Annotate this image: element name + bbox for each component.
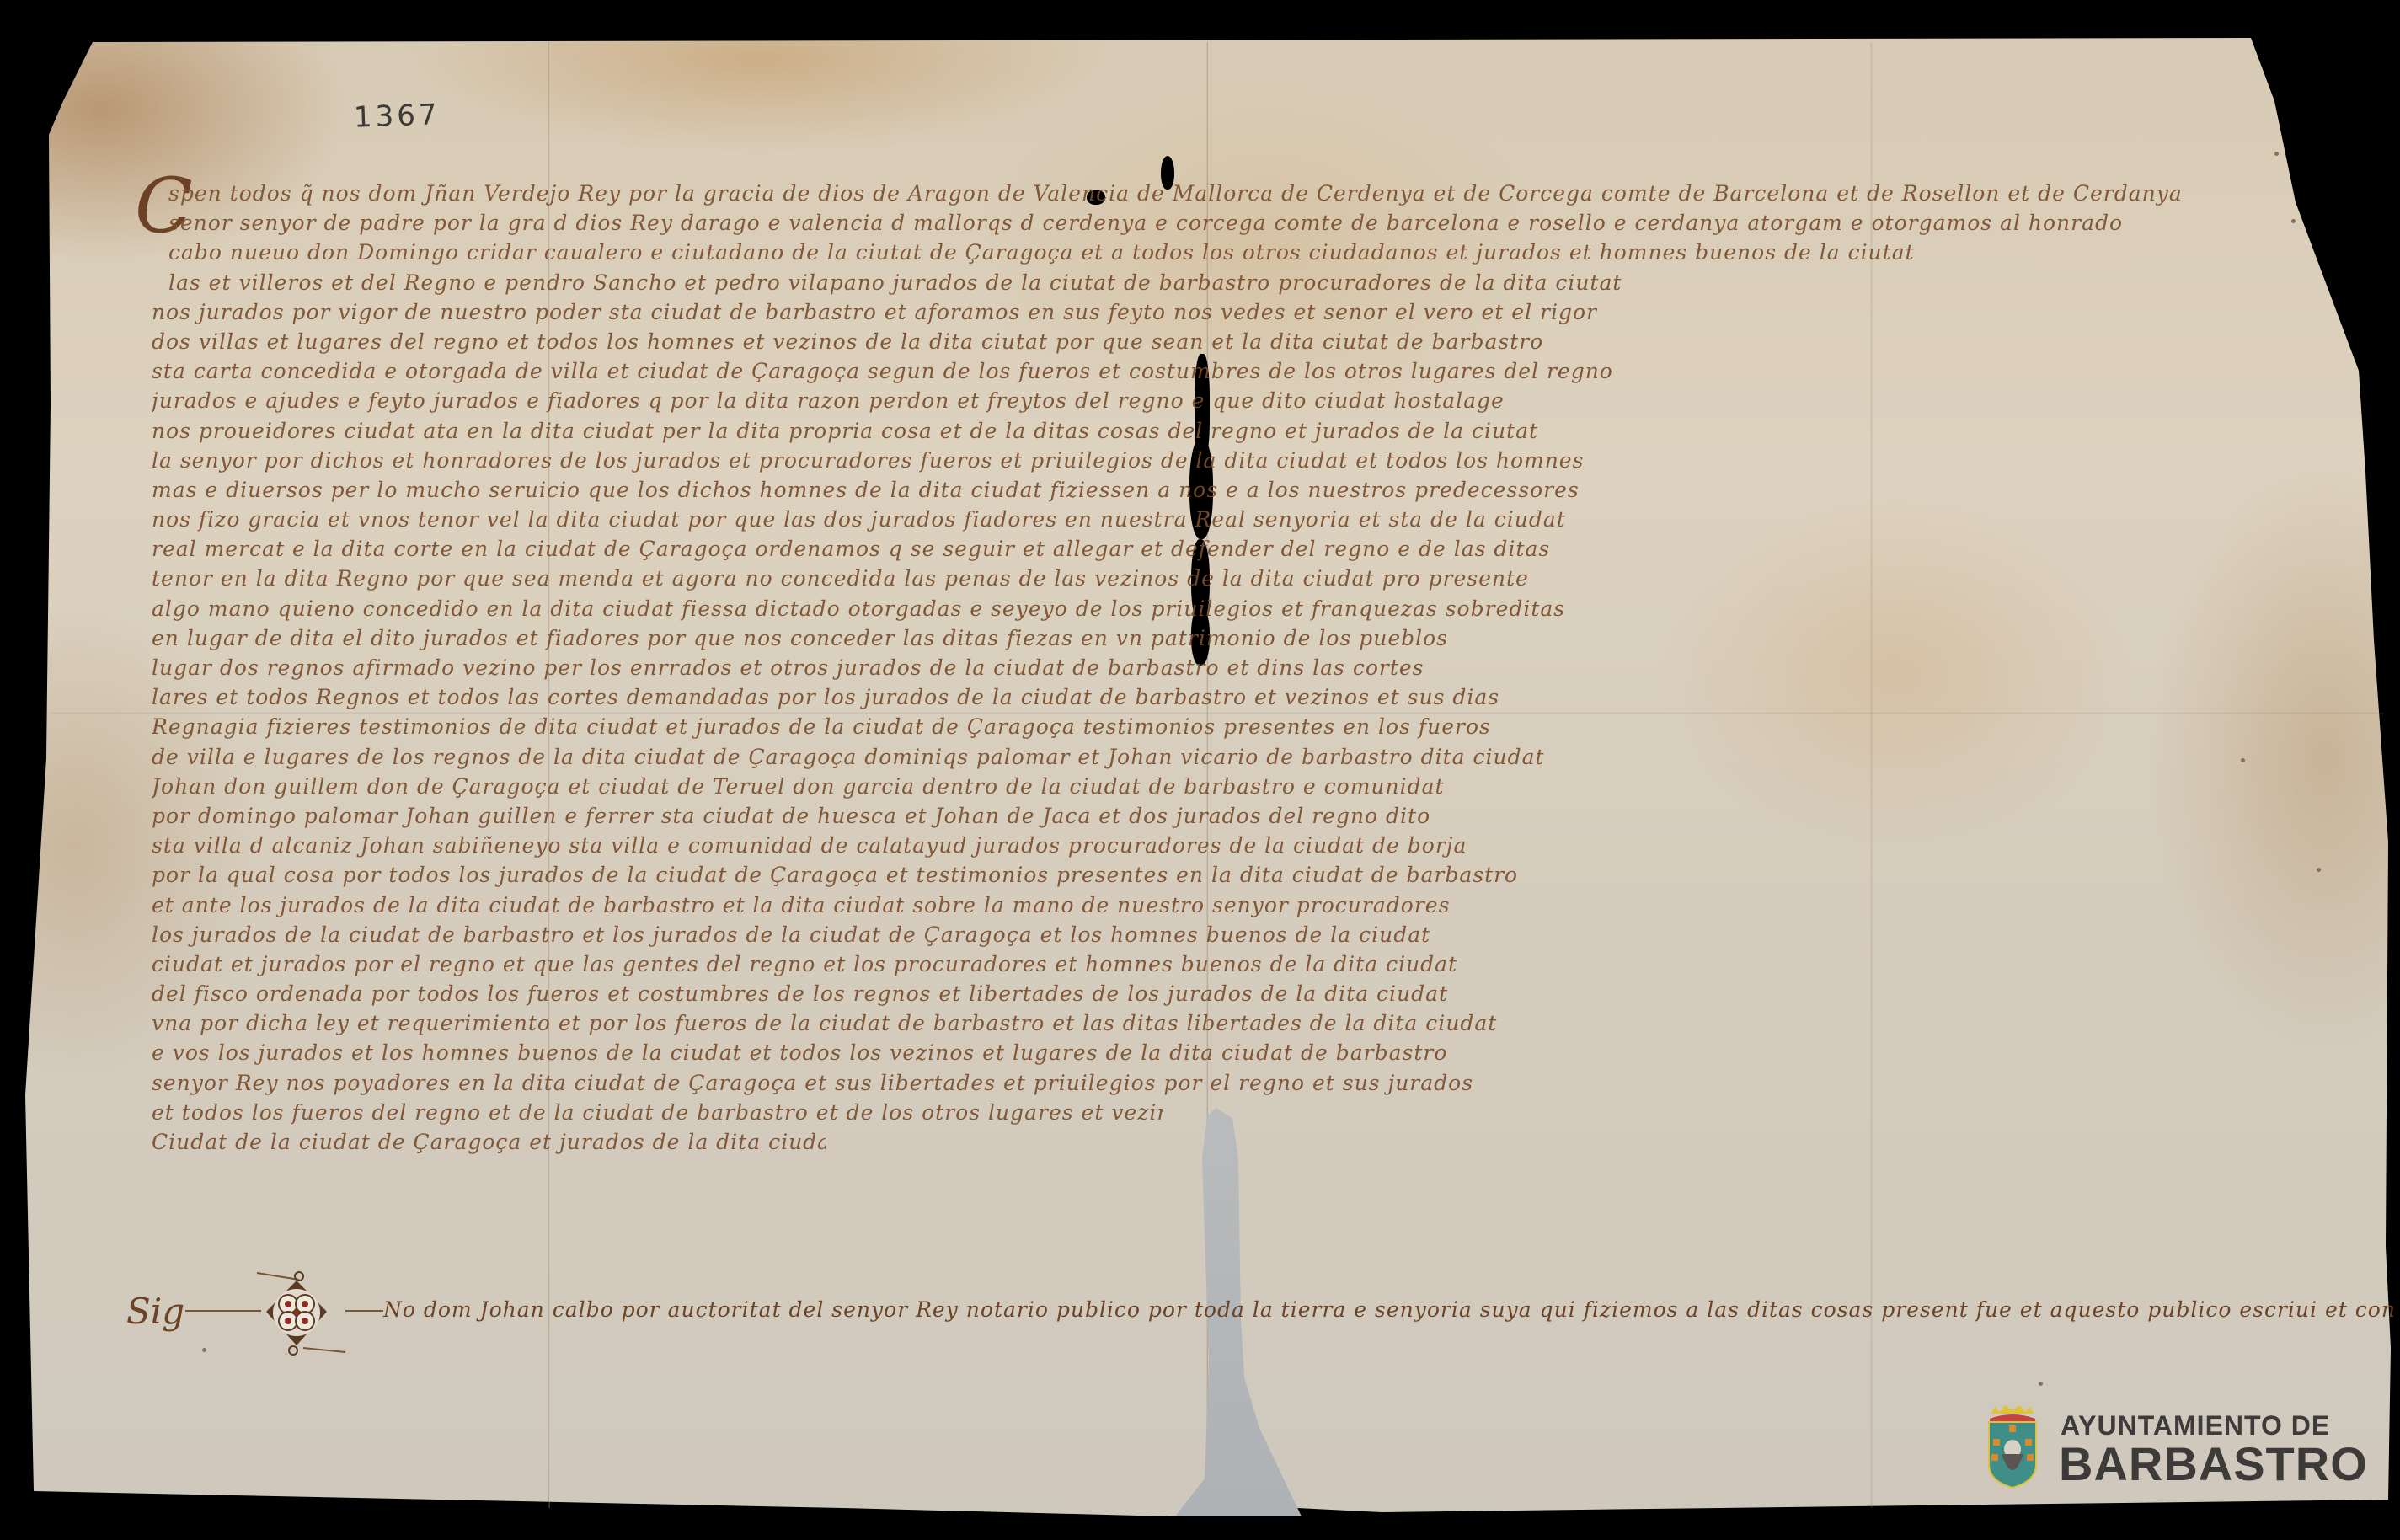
signature-rule — [185, 1310, 261, 1312]
manuscript-line: en lugar de dita el dito jurados et fiad… — [152, 623, 2207, 653]
signum-prefix: Sig — [126, 1291, 184, 1332]
manuscript-line: real mercat e la dita corte en la ciudat… — [152, 534, 2207, 564]
manuscript-line: senor senyor de padre por la gra d dios … — [152, 208, 2207, 238]
manuscript-line: vna por dicha ley et requerimiento et po… — [152, 1008, 2207, 1038]
manuscript-line: sta carta concedida e otorgada de villa … — [152, 356, 2207, 386]
catalog-number: 1367 — [353, 98, 441, 135]
manuscript-line: tenor en la dita Regno por que sea menda… — [152, 564, 2207, 593]
ayuntamiento-barbastro-logo: AYUNTAMIENTO DE BARBASTRO — [1986, 1405, 2357, 1498]
manuscript-line: Ciudat de la ciudat de Çaragoça et jurad… — [152, 1127, 826, 1157]
manuscript-line: et ante los jurados de la dita ciudat de… — [152, 890, 2207, 920]
coat-of-arms-icon — [1986, 1405, 2039, 1489]
notary-subscription: No dom Johan calbo por auctoritat del se… — [383, 1297, 2400, 1322]
manuscript-line: senyor Rey nos poyadores en la dita ciud… — [152, 1068, 2207, 1098]
parchment-document: 1367 C spen todos q̃ nos dom Jñan Verdej… — [0, 0, 2400, 1540]
manuscript-line: Johan don guillem don de Çaragoça et ciu… — [152, 772, 2207, 801]
manuscript-line: la senyor por dichos et honradores de lo… — [152, 446, 2207, 475]
manuscript-line: nos proueidores ciudat ata en la dita ci… — [152, 416, 2207, 446]
manuscript-line: las et villeros et del Regno e pendro Sa… — [152, 268, 2207, 297]
manuscript-line: mas e diuersos per lo mucho seruicio que… — [152, 475, 2207, 505]
manuscript-line: jurados e ajudes e feyto jurados e fiado… — [152, 386, 2207, 415]
manuscript-line: algo mano quieno concedido en la dita ci… — [152, 594, 2207, 623]
manuscript-line: Regnagia fizieres testimonios de dita ci… — [152, 712, 2207, 741]
manuscript-line: sta villa d alcaniz Johan sabiñeneyo sta… — [152, 831, 2207, 860]
manuscript-line: e vos los jurados et los homnes buenos d… — [152, 1038, 2207, 1067]
manuscript-line: nos jurados por vigor de nuestro poder s… — [152, 297, 2207, 327]
manuscript-line: spen todos q̃ nos dom Jñan Verdejo Rey p… — [152, 179, 2207, 208]
manuscript-text-block: spen todos q̃ nos dom Jñan Verdejo Rey p… — [152, 179, 2207, 1157]
manuscript-line: los jurados de la ciudat de barbastro et… — [152, 920, 2207, 949]
manuscript-line: lugar dos regnos afirmado vezino per los… — [152, 653, 2207, 682]
manuscript-line: lares et todos Regnos et todos las corte… — [152, 682, 2207, 712]
manuscript-line: de villa e lugares de los regnos de la d… — [152, 742, 2207, 772]
notarial-signum-icon — [253, 1268, 354, 1361]
manuscript-line: nos fizo gracia et vnos tenor vel la dit… — [152, 505, 2207, 534]
manuscript-line: por la qual cosa por todos los jurados d… — [152, 860, 2207, 890]
manuscript-line: ciudat et jurados por el regno et que la… — [152, 949, 2207, 979]
manuscript-line: cabo nueuo don Domingo cridar caualero e… — [152, 238, 2207, 267]
manuscript-line: et todos los fueros del regno et de la c… — [152, 1098, 1163, 1127]
manuscript-line: del fisco ordenada por todos los fueros … — [152, 979, 2207, 1008]
manuscript-line: por domingo palomar Johan guillen e ferr… — [152, 801, 2207, 831]
manuscript-line: dos villas et lugares del regno et todos… — [152, 327, 2207, 356]
logo-line-2: BARBASTRO — [2059, 1441, 2368, 1488]
